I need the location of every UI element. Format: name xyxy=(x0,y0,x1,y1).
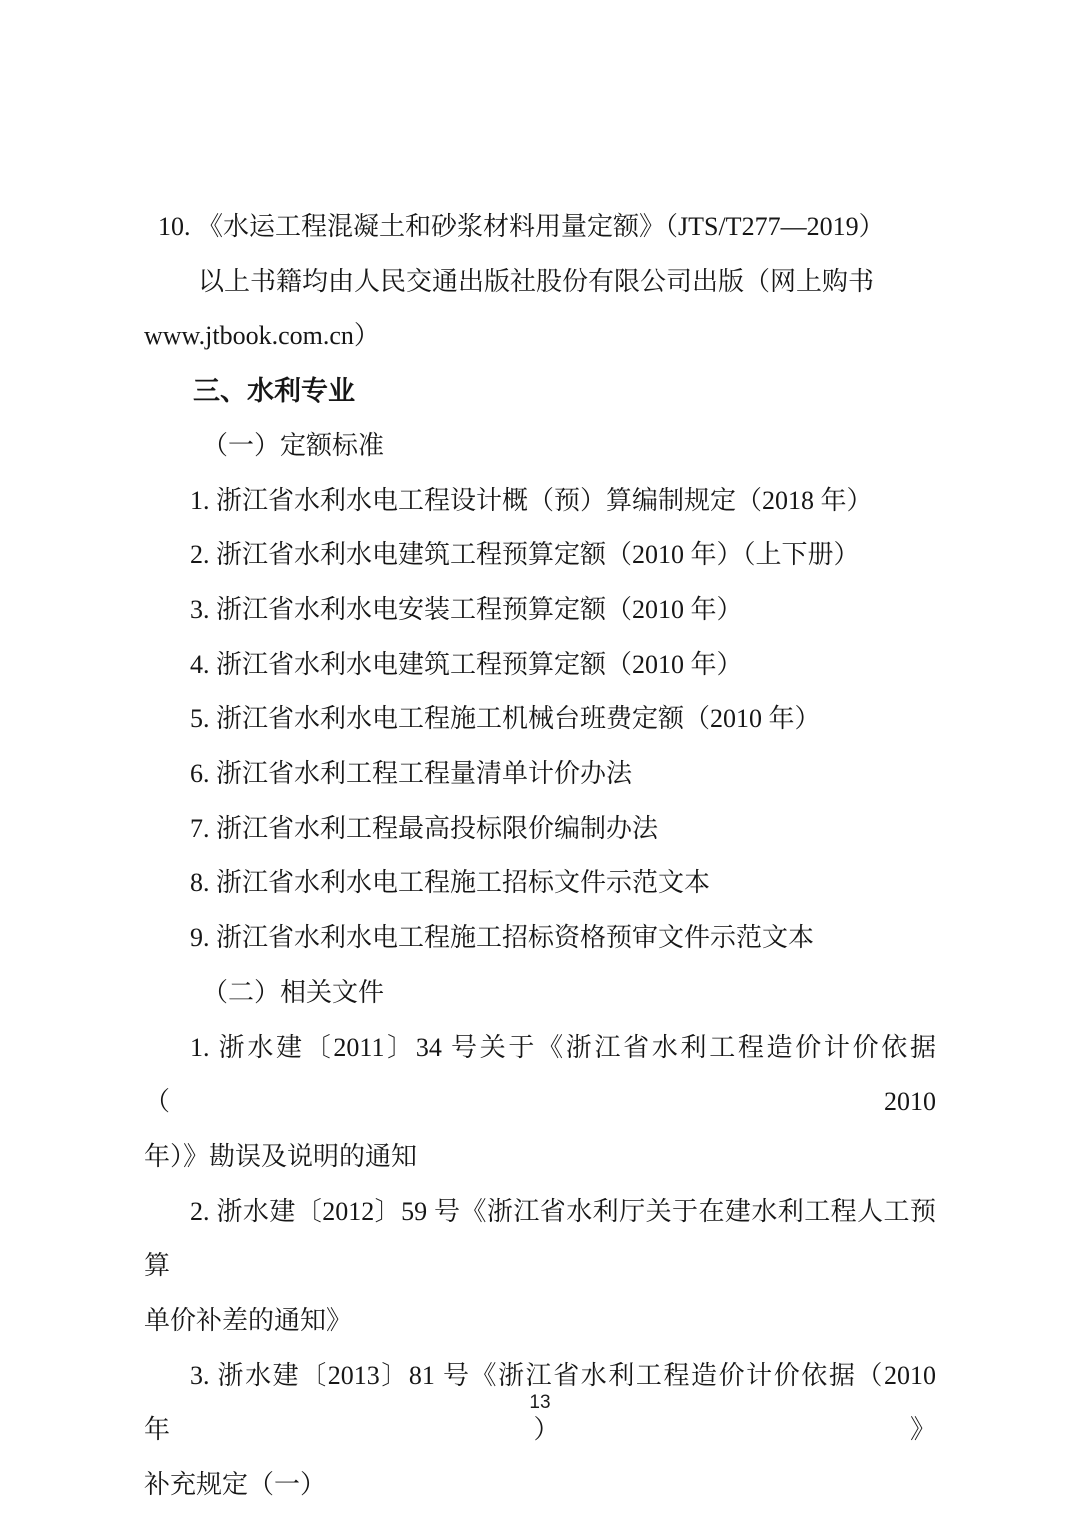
quota-item-7: 7. 浙江省水利工程最高投标限价编制办法 xyxy=(144,802,936,857)
quota-item-2: 2. 浙江省水利水电建筑工程预算定额（2010 年）（上下册） xyxy=(144,528,936,583)
page-footer: 13 xyxy=(0,1392,1080,1414)
related-doc-2-line-1: 2. 浙水建〔2012〕59 号《浙江省水利厅关于在建水利工程人工预算 xyxy=(144,1185,936,1294)
quota-item-1: 1. 浙江省水利水电工程设计概（预）算编制规定（2018 年） xyxy=(144,474,936,529)
related-doc-3-line-2: 补充规定（一） xyxy=(144,1458,936,1513)
section-heading-water-conservancy: 三、水利专业 xyxy=(144,364,936,419)
quota-item-9: 9. 浙江省水利水电工程施工招标资格预审文件示范文本 xyxy=(144,911,936,966)
related-doc-1-line-2: 年）》勘误及说明的通知 xyxy=(144,1130,936,1185)
quota-item-3: 3. 浙江省水利水电安装工程预算定额（2010 年） xyxy=(144,583,936,638)
document-content: 10. 《水运工程混凝土和砂浆材料用量定额》（JTS/T277—2019） 以上… xyxy=(0,0,1080,1513)
subsection-heading-quota-standards: （一）定额标准 xyxy=(144,419,936,474)
publisher-note-line-1: 以上书籍均由人民交通出版社股份有限公司出版（网上购书 xyxy=(144,255,936,310)
related-doc-2-line-2: 单价补差的通知》 xyxy=(144,1294,936,1349)
list-item-10: 10. 《水运工程混凝土和砂浆材料用量定额》（JTS/T277—2019） xyxy=(144,200,936,255)
quota-item-6: 6. 浙江省水利工程工程量清单计价办法 xyxy=(144,747,936,802)
quota-item-5: 5. 浙江省水利水电工程施工机械台班费定额（2010 年） xyxy=(144,692,936,747)
document-page: 10. 《水运工程混凝土和砂浆材料用量定额》（JTS/T277—2019） 以上… xyxy=(0,0,1080,1527)
related-doc-1-line-1: 1. 浙水建〔2011〕34 号关于《浙江省水利工程造价计价依据（2010 xyxy=(144,1021,936,1130)
subsection-heading-related-documents: （二）相关文件 xyxy=(144,966,936,1021)
quota-item-4: 4. 浙江省水利水电建筑工程预算定额（2010 年） xyxy=(144,638,936,693)
quota-item-8: 8. 浙江省水利水电工程施工招标文件示范文本 xyxy=(144,856,936,911)
page-number: 13 xyxy=(529,1392,550,1413)
publisher-note-line-2: www.jtbook.com.cn） xyxy=(144,309,936,364)
